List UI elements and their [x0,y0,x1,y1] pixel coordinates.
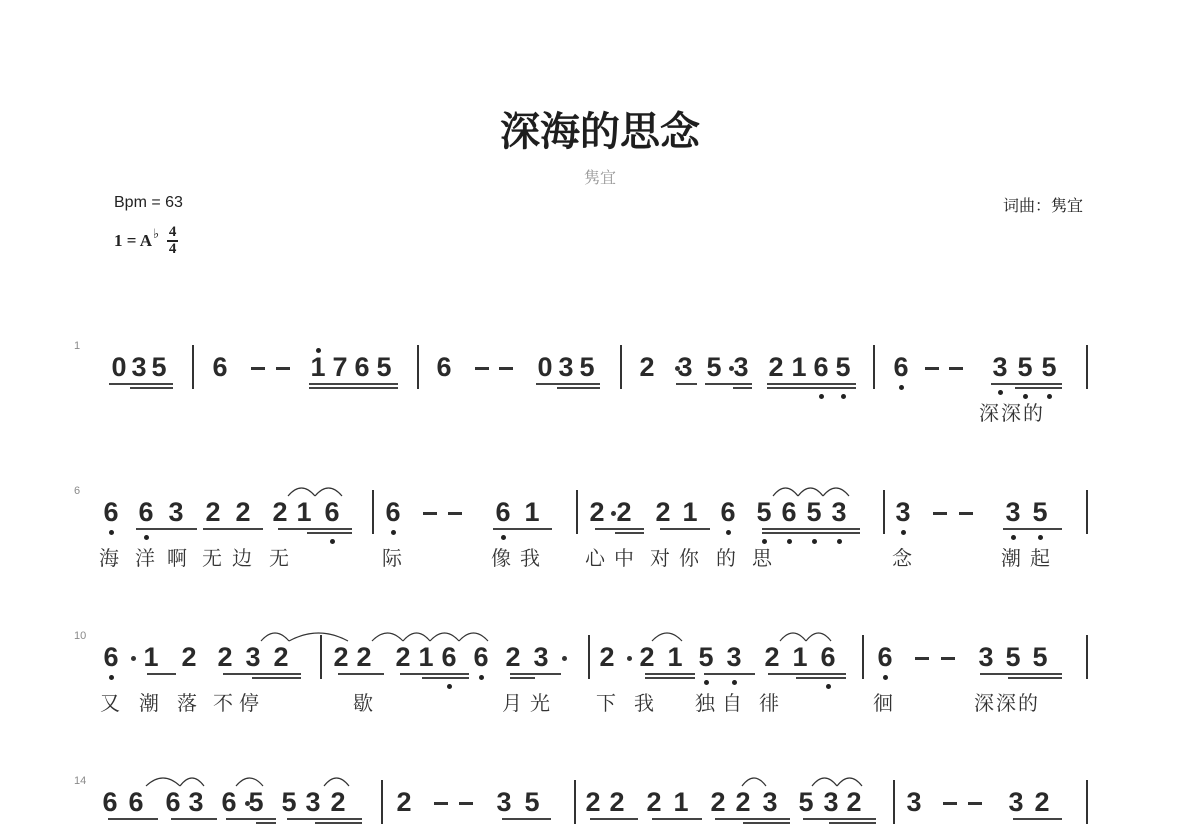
octave-low-dot [837,539,842,544]
augmentation-dot [131,656,136,661]
octave-low-dot [812,539,817,544]
note: 1 [294,497,314,527]
beam-underline [1008,677,1062,679]
note: 2 [607,787,627,817]
note: 6 [352,352,372,382]
lyric: 停 [239,687,259,716]
note: 2 [762,642,782,672]
lyric: 歇 [353,687,373,716]
sustain-dash [949,367,963,370]
time-signature-top: 4 [169,225,177,240]
sustain-dash [925,367,939,370]
beam-underline [307,532,352,534]
octave-high-dot [316,348,321,353]
note: 3 [724,642,744,672]
note: 3 [760,787,780,817]
sustain-dash [968,802,982,805]
octave-low-dot [1047,394,1052,399]
slur-arc [288,488,315,496]
octave-low-dot [726,530,731,535]
note: 3 [303,787,323,817]
lyric: 月 [502,687,522,716]
note: 6 [210,352,230,382]
note: 6 [439,642,459,672]
beam-underline [796,677,846,679]
sustain-dash [941,657,955,660]
note: 2 [653,497,673,527]
sustain-dash [276,367,290,370]
note: 5 [1030,497,1050,527]
note: 2 [394,787,414,817]
note: 6 [101,642,121,672]
sustain-dash [434,802,448,805]
sustain-dash [448,512,462,515]
note: 5 [833,352,853,382]
note: 3 [731,352,751,382]
key-signature: 1 = A ♭ 4 4 [114,225,178,257]
octave-low-dot [732,680,737,685]
octave-low-dot [841,394,846,399]
beam-underline [645,673,695,675]
note: 6 [100,787,120,817]
slur-arc [773,488,798,496]
bar-line [576,490,578,534]
beam-underline [287,818,362,820]
note: 2 [637,352,657,382]
time-signature-bottom: 4 [169,242,177,257]
note: 6 [163,787,183,817]
note: 1 [665,642,685,672]
time-signature: 4 4 [167,225,178,257]
octave-low-dot [704,680,709,685]
slur-arc [146,778,180,786]
bar-line [320,635,322,679]
lyric: 对 [650,542,670,571]
lyric: 自 [722,687,742,716]
octave-low-dot [901,530,906,535]
note: 3 [893,497,913,527]
note: 5 [1003,642,1023,672]
octave-low-dot [501,535,506,540]
slur-arc [823,488,849,496]
beam-underline [203,528,263,530]
octave-low-dot [109,675,114,680]
octave-low-dot [883,675,888,680]
measure-number: 6 [74,485,80,497]
lyric: 的 [716,542,736,571]
note: 2 [583,787,603,817]
note: 6 [101,497,121,527]
lyric: 潮 [139,687,159,716]
slur-arc [430,633,459,641]
beam-underline [704,673,755,675]
note: 6 [891,352,911,382]
beam-underline [400,673,469,675]
bar-line [1086,490,1088,534]
note: 2 [844,787,864,817]
note: 2 [708,787,728,817]
bar-line [620,345,622,389]
beam-underline [829,822,876,824]
note: 2 [215,642,235,672]
bar-line [883,490,885,534]
slur-arc [372,633,403,641]
lyric: 啊 [167,542,187,571]
lyric: 无 [269,542,289,571]
bar-line [893,780,895,824]
beam-underline [109,383,173,385]
note: 2 [733,787,753,817]
lyric: 思 [752,542,772,571]
beam-underline [309,383,398,385]
beam-underline [768,673,846,675]
lyric: 边 [232,542,252,571]
beam-underline [502,818,551,820]
slur-arc [403,633,430,641]
lyric: 又 [100,687,120,716]
lyric: 念 [892,542,912,571]
note: 2 [644,787,664,817]
lyric: 徘 [759,687,779,716]
beam-underline [536,383,600,385]
octave-low-dot [391,530,396,535]
bar-line [873,345,875,389]
flat-icon: ♭ [153,226,159,242]
augmentation-dot [245,801,250,806]
note: 2 [503,642,523,672]
note: 3 [904,787,924,817]
note: 5 [704,352,724,382]
song-artist: 隽宜 [0,165,1200,188]
note: 1 [671,787,691,817]
note: 2 [1032,787,1052,817]
beam-underline [226,818,276,820]
slur-arc [180,778,204,786]
bar-line [1086,345,1088,389]
slur-arc [236,778,263,786]
slur-arc [459,633,488,641]
note: 2 [179,642,199,672]
bar-line [588,635,590,679]
lyric: 洋 [135,542,155,571]
augmentation-dot [627,656,632,661]
measure-number: 10 [74,630,86,642]
slur-arc [652,633,682,641]
lyric: 独 [695,687,715,716]
octave-low-dot [330,539,335,544]
beam-underline [762,532,860,534]
beam-underline [660,528,710,530]
note: 2 [271,642,291,672]
beam-underline [130,387,173,389]
note: 3 [990,352,1010,382]
beam-underline [652,818,702,820]
note: 1 [680,497,700,527]
sustain-dash [915,657,929,660]
lyric: 际 [382,542,402,571]
lyric: 潮 [1001,542,1021,571]
sustain-dash [943,802,957,805]
song-title: 深海的思念 [0,100,1200,157]
beam-underline [595,528,644,530]
lyric: 海 [99,542,119,571]
beam-underline [256,822,276,824]
beam-underline [705,383,752,385]
lyric: 光 [530,687,550,716]
lyric: 徊 [873,687,893,716]
slur-arc [324,778,349,786]
sustain-dash [933,512,947,515]
beam-underline [510,677,535,679]
note: 7 [330,352,350,382]
beam-underline [147,673,176,675]
note: 6 [779,497,799,527]
note: 5 [522,787,542,817]
augmentation-dot [611,511,616,516]
lyric: 心 [585,542,605,571]
slur-arc [780,633,806,641]
note: 6 [434,352,454,382]
augmentation-dot [675,366,680,371]
measure-number: 14 [74,775,86,787]
slur-arc [798,488,823,496]
lyric: 像 [491,542,511,571]
note: 6 [811,352,831,382]
note: 5 [804,497,824,527]
note: 2 [328,787,348,817]
note: 1 [790,642,810,672]
note: 3 [556,352,576,382]
beam-underline [252,677,301,679]
beam-underline [1015,387,1062,389]
slur-arc [315,488,342,496]
note: 6 [818,642,838,672]
beam-underline [309,387,398,389]
note: 1 [141,642,161,672]
note: 3 [829,497,849,527]
composer-credit: 词曲：隽宜 [1003,193,1083,216]
note: 3 [821,787,841,817]
slur-arc [812,778,837,786]
octave-low-dot [447,684,452,689]
beam-underline [645,677,695,679]
beam-underline [136,528,197,530]
sustain-dash [475,367,489,370]
beam-underline [803,818,876,820]
note: 3 [531,642,551,672]
beam-underline [1003,528,1062,530]
sustain-dash [499,367,513,370]
note: 0 [535,352,555,382]
beam-underline [1013,818,1062,820]
slur-arc [837,778,862,786]
octave-low-dot [109,530,114,535]
beam-underline [767,387,856,389]
octave-low-dot [1011,535,1016,540]
note: 5 [696,642,716,672]
beam-underline [223,673,301,675]
note: 6 [718,497,738,527]
note: 1 [308,352,328,382]
beam-underline [493,528,552,530]
lyric: 我 [634,687,654,716]
note: 3 [166,497,186,527]
note: 5 [374,352,394,382]
beam-underline [171,818,217,820]
lyric: 你 [679,542,699,571]
note: 2 [597,642,617,672]
note: 3 [976,642,996,672]
note: 3 [494,787,514,817]
note: 1 [789,352,809,382]
beam-underline [980,673,1062,675]
note: 3 [1003,497,1023,527]
octave-low-dot [998,390,1003,395]
beam-underline [510,673,561,675]
note: 5 [754,497,774,527]
note: 3 [1006,787,1026,817]
beam-underline [557,387,600,389]
note: 0 [109,352,129,382]
slur-arc [742,778,766,786]
note: 3 [129,352,149,382]
note: 5 [577,352,597,382]
beam-underline [590,818,638,820]
note: 6 [493,497,513,527]
note: 2 [270,497,290,527]
note: 5 [1030,642,1050,672]
note: 2 [203,497,223,527]
beam-underline [315,822,362,824]
note: 1 [522,497,542,527]
note: 6 [322,497,342,527]
octave-low-dot [787,539,792,544]
note: 2 [614,497,634,527]
beam-underline [422,677,469,679]
lyric: 不 [213,687,233,716]
beam-underline [108,818,158,820]
octave-low-dot [826,684,831,689]
lyric: 下 [596,687,616,716]
lyric: 落 [177,687,197,716]
beam-underline [715,818,790,820]
key-label: 1 = A [114,231,152,251]
beam-underline [615,532,644,534]
octave-low-dot [1038,535,1043,540]
lyric: 深深的 [974,687,1040,716]
lyric: 我 [520,542,540,571]
beam-underline [278,528,352,530]
lyric: 起 [1030,542,1050,571]
note: 6 [383,497,403,527]
sustain-dash [459,802,473,805]
beam-underline [762,528,860,530]
bar-line [417,345,419,389]
bar-line [1086,780,1088,824]
beam-underline [767,383,856,385]
augmentation-dot [729,366,734,371]
octave-low-dot [819,394,824,399]
note: 5 [279,787,299,817]
beam-underline [338,673,384,675]
bar-line [862,635,864,679]
measure-number: 1 [74,340,80,352]
note: 5 [796,787,816,817]
bar-line [574,780,576,824]
note: 5 [1039,352,1059,382]
note: 2 [587,497,607,527]
slur-arc [806,633,831,641]
bar-line [381,780,383,824]
note: 6 [126,787,146,817]
lyric: 无 [202,542,222,571]
note: 2 [637,642,657,672]
note: 2 [233,497,253,527]
octave-low-dot [479,675,484,680]
note: 5 [149,352,169,382]
note: 2 [766,352,786,382]
note: 5 [1015,352,1035,382]
octave-low-dot [144,535,149,540]
bar-line [192,345,194,389]
note: 3 [186,787,206,817]
note: 6 [875,642,895,672]
beam-underline [676,383,697,385]
augmentation-dot [562,656,567,661]
lyric: 深深的 [979,397,1045,426]
sustain-dash [959,512,973,515]
sustain-dash [251,367,265,370]
beam-underline [991,383,1062,385]
sustain-dash [423,512,437,515]
note: 6 [219,787,239,817]
note: 2 [354,642,374,672]
bar-line [372,490,374,534]
slur-arc [261,633,289,641]
note: 6 [136,497,156,527]
octave-low-dot [899,385,904,390]
note: 2 [331,642,351,672]
lyric: 中 [614,542,634,571]
note: 2 [393,642,413,672]
bar-line [1086,635,1088,679]
beam-underline [733,387,752,389]
note: 1 [416,642,436,672]
note: 3 [243,642,263,672]
slur-arc [289,633,348,641]
tempo-label: Bpm = 63 [114,194,183,212]
beam-underline [743,822,790,824]
note: 6 [471,642,491,672]
